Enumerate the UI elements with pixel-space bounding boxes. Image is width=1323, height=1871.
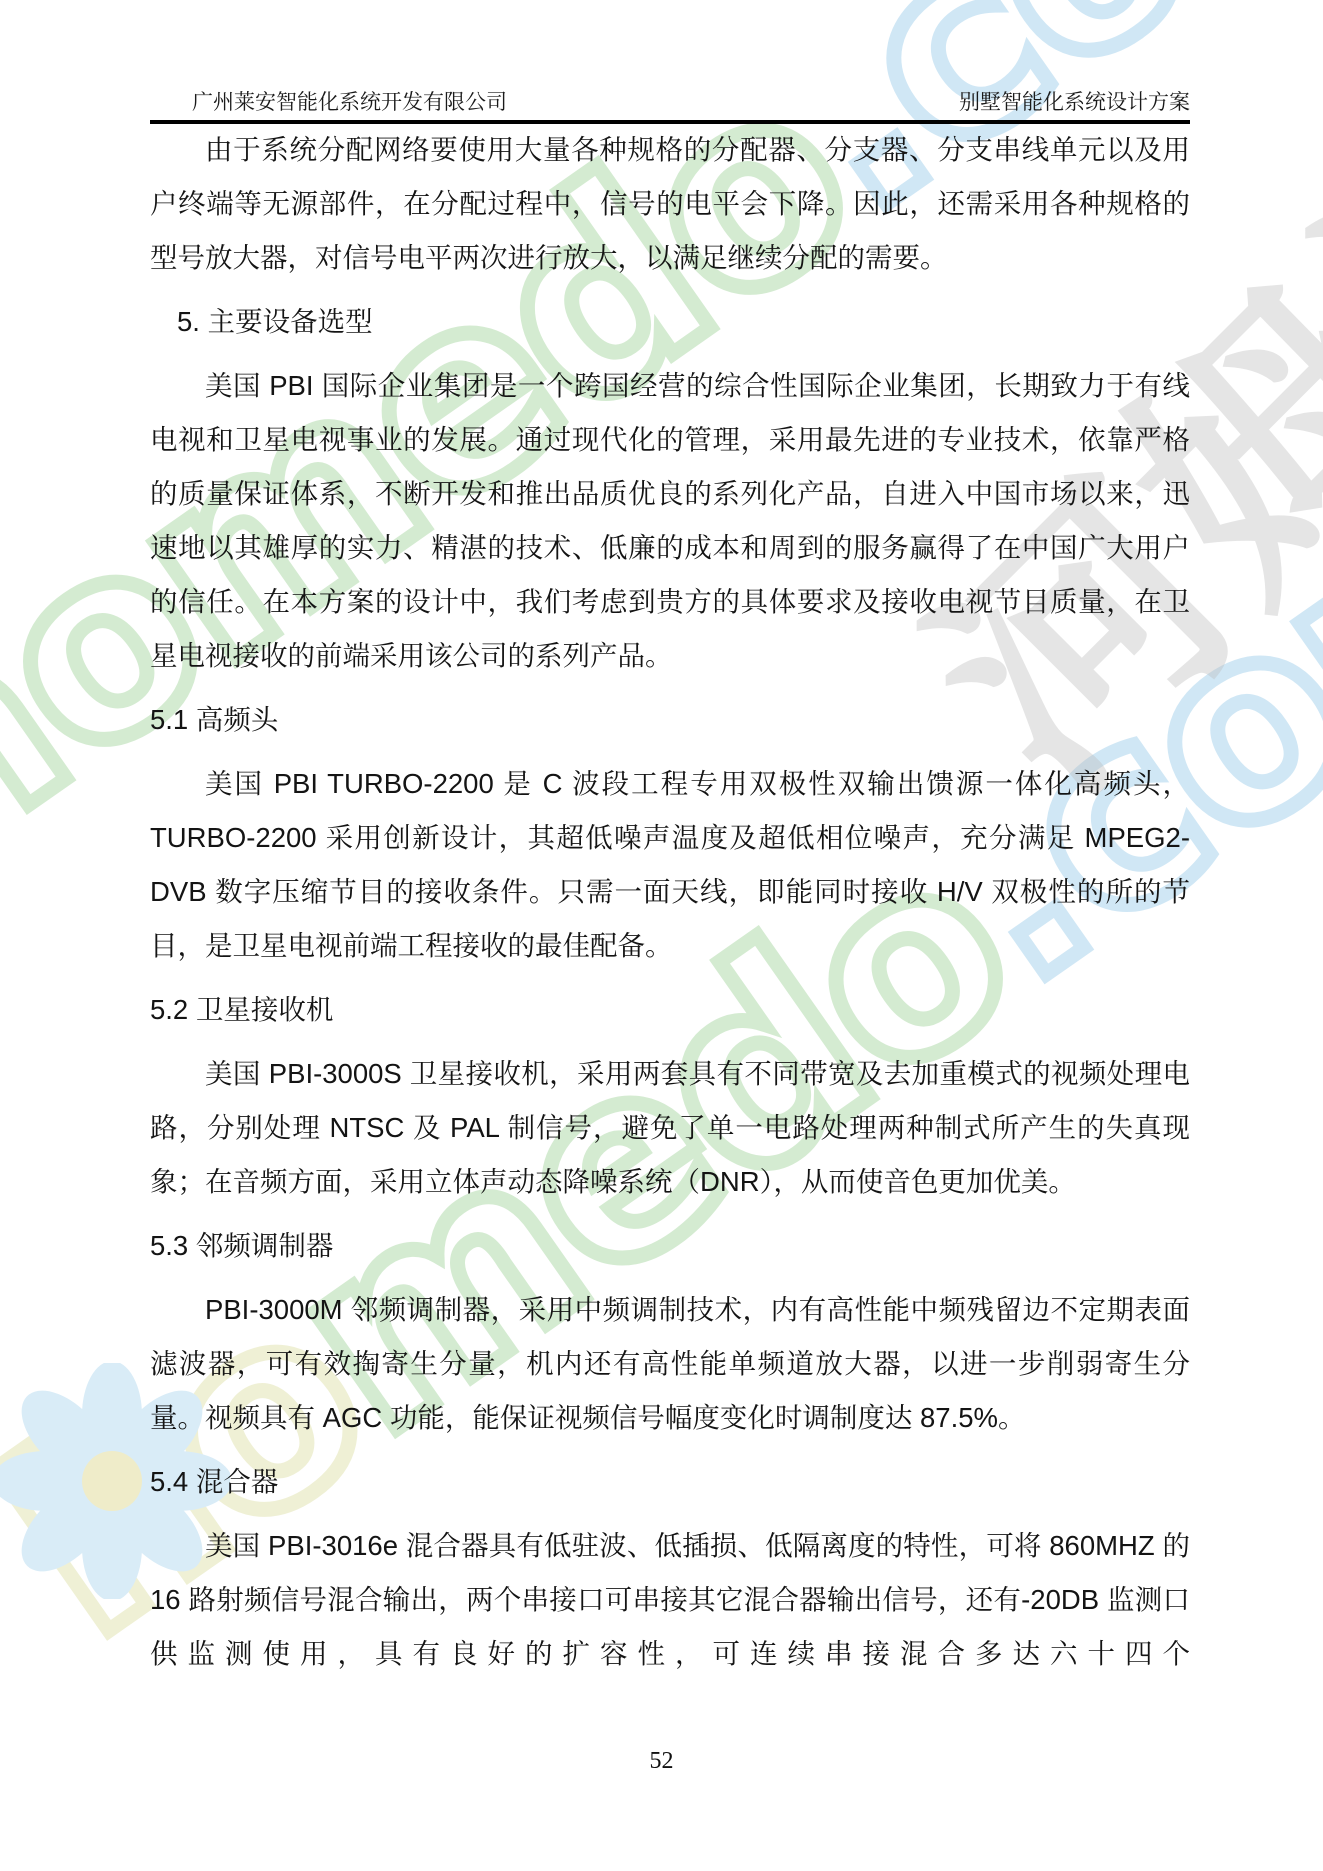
section-heading-equipment-selection: 5. 主要设备选型 — [150, 295, 1190, 349]
paragraph-distribution-network: 由于系统分配网络要使用大量各种规格的分配器、分支器、分支串线单元以及用户终端等无… — [150, 123, 1190, 285]
paragraph-turbo-2200: 美国 PBI TURBO-2200 是 C 波段工程专用双极性双输出馈源一体化高… — [150, 757, 1190, 973]
document-body: 由于系统分配网络要使用大量各种规格的分配器、分支器、分支串线单元以及用户终端等无… — [150, 123, 1190, 1681]
paragraph-pbi-3000m: PBI-3000M 邻频调制器，采用中频调制技术，内有高性能中频残留边不定期表面… — [150, 1283, 1190, 1445]
page-number: 52 — [0, 1748, 1323, 1775]
paragraph-pbi-group: 美国 PBI 国际企业集团是一个跨国经营的综合性国际企业集团，长期致力于有线电视… — [150, 359, 1190, 683]
heading-5-2-satellite-receiver: 5.2 卫星接收机 — [150, 983, 1190, 1037]
header-company-name: 广州莱安智能化系统开发有限公司 — [150, 90, 507, 116]
header-document-title: 别墅智能化系统设计方案 — [959, 90, 1190, 116]
paragraph-pbi-3016e: 美国 PBI-3016e 混合器具有低驻波、低插损、低隔离度的特性，可将 860… — [150, 1519, 1190, 1681]
paragraph-pbi-3000s: 美国 PBI-3000S 卫星接收机，采用两套具有不同带宽及去加重模式的视频处理… — [150, 1047, 1190, 1209]
heading-5-4-mixer: 5.4 混合器 — [150, 1455, 1190, 1509]
heading-5-3-adjacent-modulator: 5.3 邻频调制器 — [150, 1219, 1190, 1273]
document-page: homedo.com homedo.com 河姆渡 广州莱安智能化系统开发有限公… — [0, 0, 1323, 1871]
heading-5-1-lnb: 5.1 高频头 — [150, 693, 1190, 747]
page-header: 广州莱安智能化系统开发有限公司 别墅智能化系统设计方案 — [150, 90, 1190, 116]
